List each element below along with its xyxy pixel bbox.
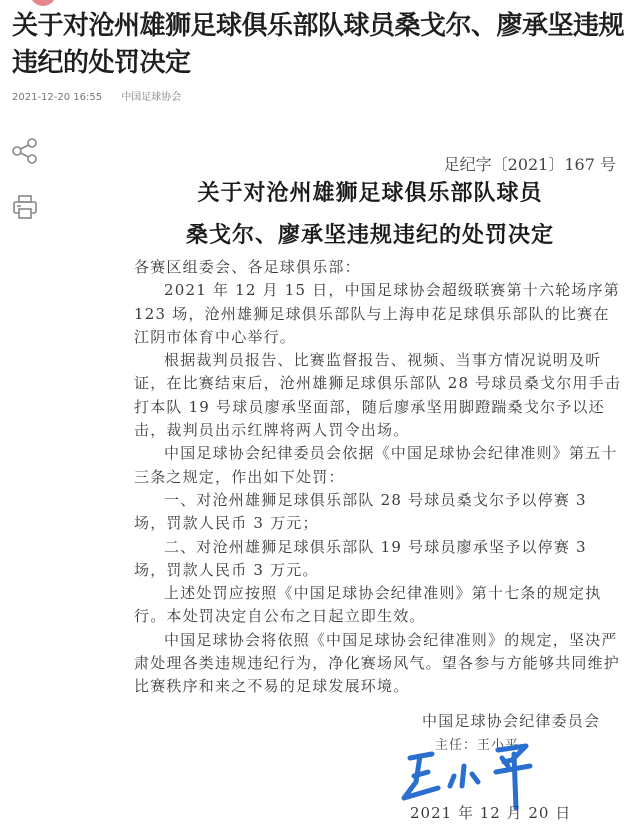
print-button[interactable] xyxy=(10,192,40,222)
publish-timestamp: 2021-12-20 16:55 xyxy=(12,92,102,103)
print-icon xyxy=(11,193,39,221)
paragraph: 中国足球协会纪律委员会依据《中国足球协会纪律准则》第五十三条之规定，作出如下处罚… xyxy=(134,442,624,489)
salutation: 各赛区组委会、各足球俱乐部： xyxy=(134,256,624,279)
share-icon xyxy=(11,137,39,165)
side-toolbar xyxy=(10,136,40,248)
share-button[interactable] xyxy=(10,136,40,166)
document-body: 各赛区组委会、各足球俱乐部： 2021 年 12 月 15 日，中国足球协会超级… xyxy=(134,256,624,699)
document-number: 足纪字〔2021〕167 号 xyxy=(444,152,616,175)
issuer: 中国足球协会纪律委员会 xyxy=(422,710,600,731)
penalty-item: 一、对沧州雄狮足球俱乐部队 28 号球员桑戈尔予以停赛 3 场，罚款人民币 3 … xyxy=(134,489,624,536)
document-date: 2021 年 12 月 20 日 xyxy=(410,802,571,823)
penalty-item: 二、对沧州雄狮足球俱乐部队 19 号球员廖承坚予以停赛 3 场，罚款人民币 3 … xyxy=(134,536,624,583)
article-headline: 关于对沧州雄狮足球俱乐部队球员桑戈尔、廖承坚违规违纪的处罚决定 xyxy=(12,8,636,82)
document-image: 足纪字〔2021〕167 号 关于对沧州雄狮足球俱乐部队球员 桑戈尔、廖承坚违规… xyxy=(100,140,640,834)
paragraph: 上述处罚应按照《中国足球协会纪律准则》第十七条的规定执行。本处罚决定自公布之日起… xyxy=(134,582,624,629)
article-meta: 2021-12-20 16:55 中国足球协会 xyxy=(12,88,197,103)
document-title-line2: 桑戈尔、廖承坚违规违纪的处罚决定 xyxy=(100,218,640,249)
article-source[interactable]: 中国足球协会 xyxy=(121,92,181,103)
paragraph: 根据裁判员报告、比赛监督报告、视频、当事方情况说明及听证，在比赛结束后，沧州雄狮… xyxy=(134,349,624,442)
document-title-line1: 关于对沧州雄狮足球俱乐部队球员 xyxy=(100,176,640,207)
author-avatar[interactable] xyxy=(30,0,56,6)
paragraph: 中国足球协会将依照《中国足球协会纪律准则》的规定，坚决严肃处理各类违规违纪行为，… xyxy=(134,629,624,699)
paragraph: 2021 年 12 月 15 日，中国足球协会超级联赛第十六轮场序第 123 场… xyxy=(134,279,624,349)
